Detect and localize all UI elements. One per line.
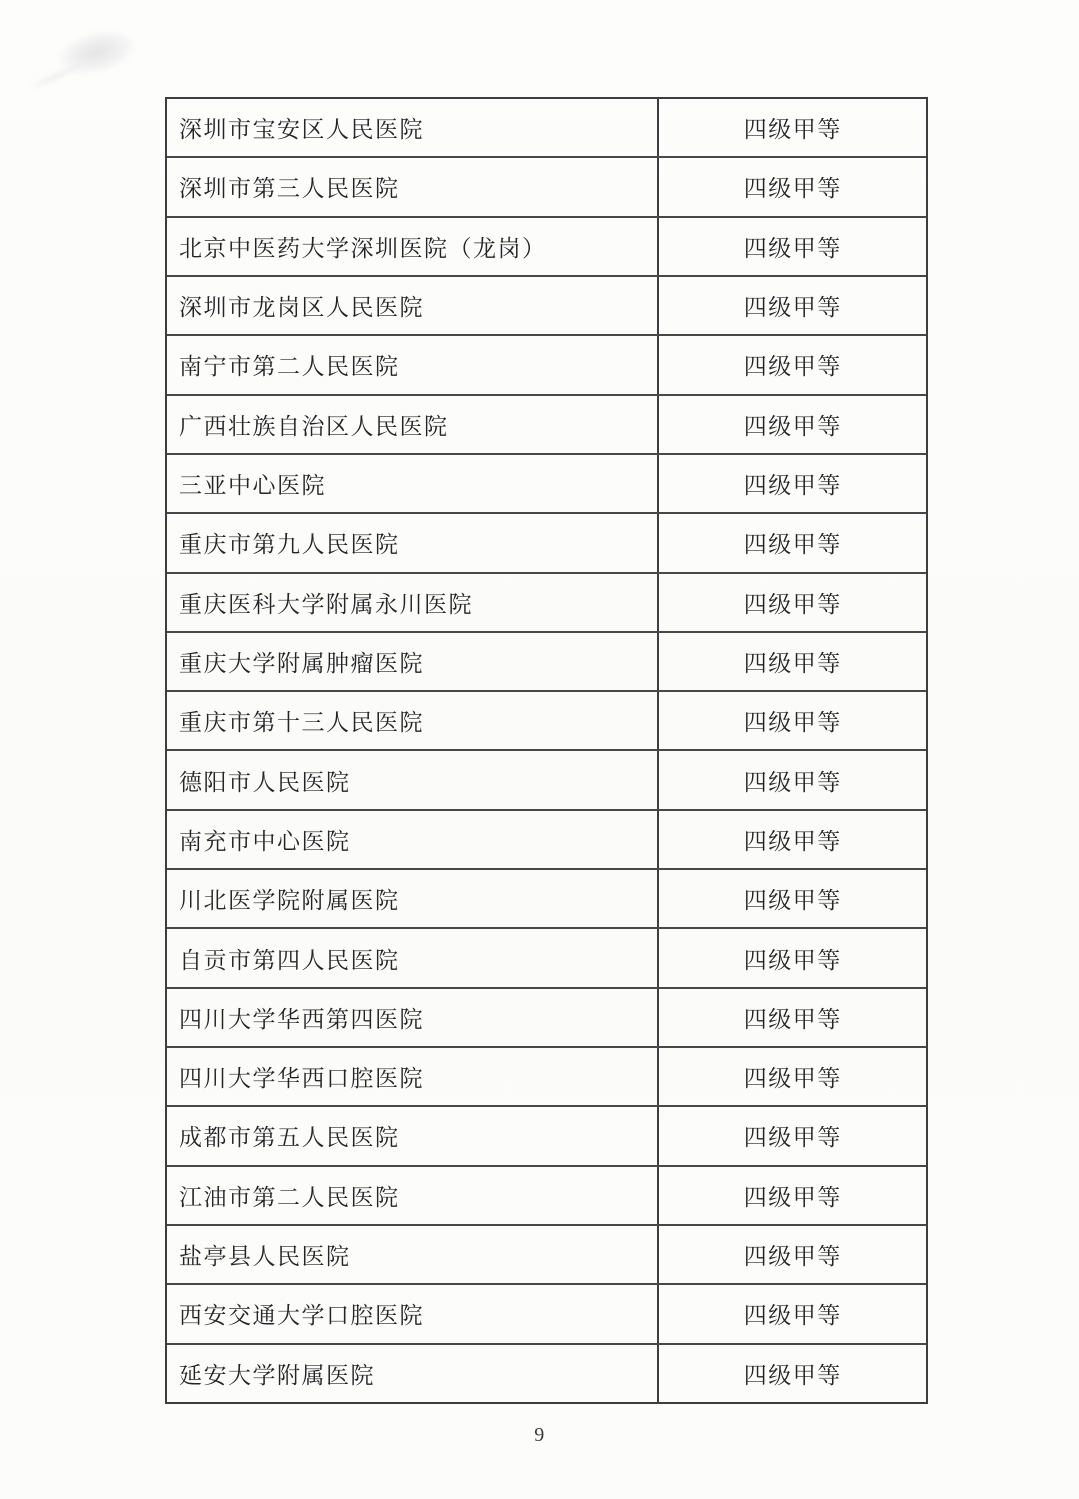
- hospital-name-cell: 延安大学附属医院: [167, 1345, 657, 1402]
- hospital-name-cell: 江油市第二人民医院: [167, 1167, 657, 1224]
- table-row: 北京中医药大学深圳医院（龙岗） 四级甲等: [167, 218, 926, 277]
- table-row: 自贡市第四人民医院 四级甲等: [167, 929, 926, 988]
- hospital-name-cell: 西安交通大学口腔医院: [167, 1285, 657, 1342]
- grade-cell: 四级甲等: [657, 692, 926, 749]
- hospital-name-cell: 四川大学华西口腔医院: [167, 1048, 657, 1105]
- grade-cell: 四级甲等: [657, 158, 926, 215]
- hospital-name-cell: 重庆医科大学附属永川医院: [167, 574, 657, 631]
- scan-smudge-artifact: [43, 18, 144, 94]
- table-row: 德阳市人民医院 四级甲等: [167, 751, 926, 810]
- table-row: 江油市第二人民医院 四级甲等: [167, 1167, 926, 1226]
- table-row: 重庆医科大学附属永川医院 四级甲等: [167, 574, 926, 633]
- hospital-name-cell: 深圳市第三人民医院: [167, 158, 657, 215]
- table-row: 盐亭县人民医院 四级甲等: [167, 1226, 926, 1285]
- grade-cell: 四级甲等: [657, 99, 926, 156]
- table-row: 延安大学附属医院 四级甲等: [167, 1345, 926, 1402]
- hospital-name-cell: 三亚中心医院: [167, 455, 657, 512]
- hospital-name-cell: 广西壮族自治区人民医院: [167, 396, 657, 453]
- grade-cell: 四级甲等: [657, 1226, 926, 1283]
- grade-cell: 四级甲等: [657, 811, 926, 868]
- grade-cell: 四级甲等: [657, 1345, 926, 1402]
- table-row: 广西壮族自治区人民医院 四级甲等: [167, 396, 926, 455]
- hospital-name-cell: 川北医学院附属医院: [167, 870, 657, 927]
- grade-cell: 四级甲等: [657, 396, 926, 453]
- grade-cell: 四级甲等: [657, 870, 926, 927]
- page-number: 9: [0, 1424, 1079, 1447]
- table-row: 四川大学华西口腔医院 四级甲等: [167, 1048, 926, 1107]
- hospital-name-cell: 重庆市第十三人民医院: [167, 692, 657, 749]
- grade-cell: 四级甲等: [657, 277, 926, 334]
- table-row: 成都市第五人民医院 四级甲等: [167, 1107, 926, 1166]
- grade-cell: 四级甲等: [657, 989, 926, 1046]
- grade-cell: 四级甲等: [657, 751, 926, 808]
- hospital-name-cell: 盐亭县人民医院: [167, 1226, 657, 1283]
- table-row: 西安交通大学口腔医院 四级甲等: [167, 1285, 926, 1344]
- hospital-name-cell: 深圳市宝安区人民医院: [167, 99, 657, 156]
- hospital-name-cell: 德阳市人民医院: [167, 751, 657, 808]
- grade-cell: 四级甲等: [657, 1167, 926, 1224]
- table-row: 四川大学华西第四医院 四级甲等: [167, 989, 926, 1048]
- hospital-name-cell: 四川大学华西第四医院: [167, 989, 657, 1046]
- table-row: 南宁市第二人民医院 四级甲等: [167, 336, 926, 395]
- grade-cell: 四级甲等: [657, 455, 926, 512]
- grade-cell: 四级甲等: [657, 633, 926, 690]
- hospital-name-cell: 成都市第五人民医院: [167, 1107, 657, 1164]
- grade-cell: 四级甲等: [657, 929, 926, 986]
- hospital-name-cell: 重庆大学附属肿瘤医院: [167, 633, 657, 690]
- hospital-name-cell: 重庆市第九人民医院: [167, 514, 657, 571]
- hospital-name-cell: 南充市中心医院: [167, 811, 657, 868]
- table-row: 深圳市宝安区人民医院 四级甲等: [167, 99, 926, 158]
- grade-cell: 四级甲等: [657, 218, 926, 275]
- table-row: 川北医学院附属医院 四级甲等: [167, 870, 926, 929]
- hospital-name-cell: 南宁市第二人民医院: [167, 336, 657, 393]
- grade-cell: 四级甲等: [657, 514, 926, 571]
- hospital-name-cell: 北京中医药大学深圳医院（龙岗）: [167, 218, 657, 275]
- table-row: 南充市中心医院 四级甲等: [167, 811, 926, 870]
- table-row: 深圳市龙岗区人民医院 四级甲等: [167, 277, 926, 336]
- table-row: 三亚中心医院 四级甲等: [167, 455, 926, 514]
- hospital-grade-table: 深圳市宝安区人民医院 四级甲等 深圳市第三人民医院 四级甲等 北京中医药大学深圳…: [165, 97, 928, 1404]
- grade-cell: 四级甲等: [657, 1048, 926, 1105]
- grade-cell: 四级甲等: [657, 336, 926, 393]
- table-row: 重庆市第十三人民医院 四级甲等: [167, 692, 926, 751]
- hospital-name-cell: 深圳市龙岗区人民医院: [167, 277, 657, 334]
- grade-cell: 四级甲等: [657, 1285, 926, 1342]
- table-row: 深圳市第三人民医院 四级甲等: [167, 158, 926, 217]
- table-row: 重庆大学附属肿瘤医院 四级甲等: [167, 633, 926, 692]
- hospital-name-cell: 自贡市第四人民医院: [167, 929, 657, 986]
- grade-cell: 四级甲等: [657, 1107, 926, 1164]
- table-row: 重庆市第九人民医院 四级甲等: [167, 514, 926, 573]
- grade-cell: 四级甲等: [657, 574, 926, 631]
- scanned-document-page: 深圳市宝安区人民医院 四级甲等 深圳市第三人民医院 四级甲等 北京中医药大学深圳…: [0, 0, 1079, 1499]
